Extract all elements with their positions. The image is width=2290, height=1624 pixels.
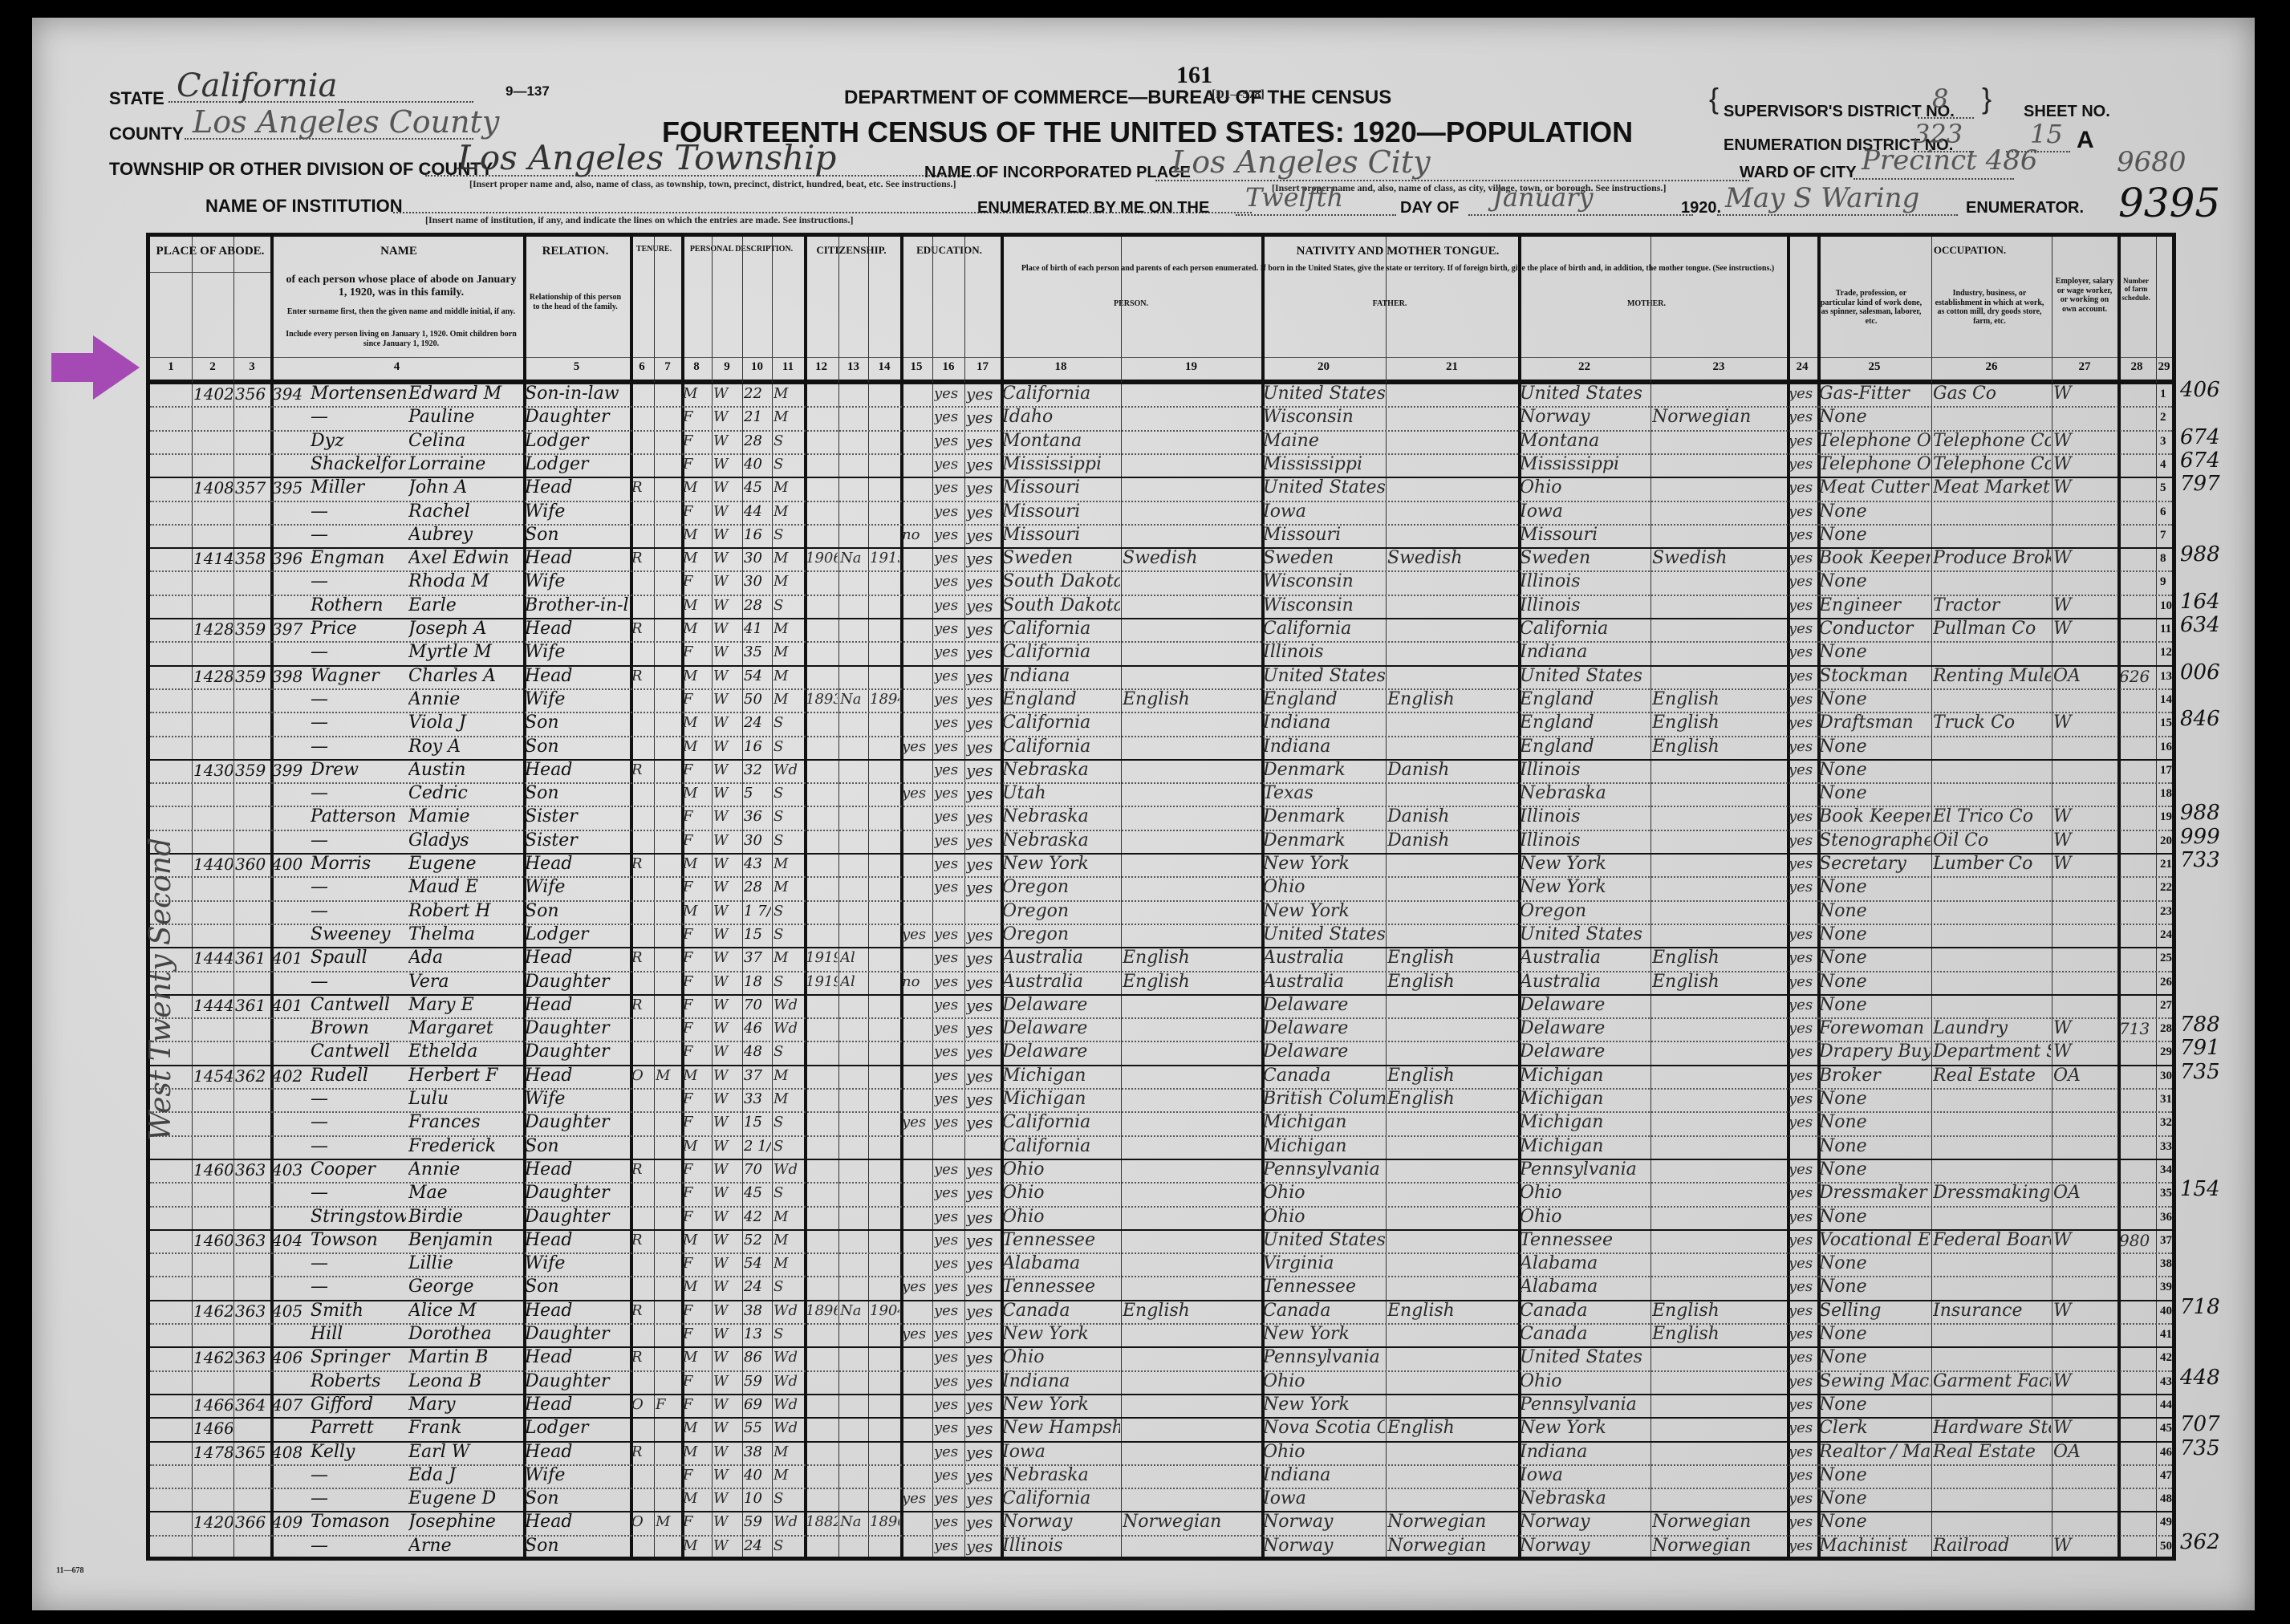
cell-house: 1460 <box>193 1158 233 1182</box>
cell-read: yes <box>934 1440 964 1464</box>
cell-house: 1454 <box>193 1064 233 1088</box>
cell-industry: Lumber Co <box>1933 852 2051 876</box>
line-number: 3 <box>2160 435 2166 449</box>
cell-house: 1444 <box>193 946 233 970</box>
cell-surname: Engman <box>311 546 406 570</box>
cell-family: 399 <box>272 758 308 782</box>
cell-tongue: English <box>1123 1299 1261 1323</box>
cell-english: yes <box>1789 1464 1817 1488</box>
cell-relation: Son <box>525 735 629 759</box>
cell-ftongue: Danish <box>1387 805 1517 829</box>
footer-code: 11—678 <box>56 1566 83 1575</box>
occupation-code: 164 <box>2180 590 2220 614</box>
cell-marital: S <box>773 453 803 477</box>
cell-trade: None <box>1819 1275 1931 1299</box>
cell-age: 24 <box>744 1534 771 1558</box>
cell-write: yes <box>966 970 1000 994</box>
cell-age: 10 <box>744 1487 771 1511</box>
cell-fpob: Canada <box>1263 1299 1385 1323</box>
cell-sex: F <box>683 923 711 947</box>
cell-race: W <box>713 570 741 594</box>
cell-tenure: R <box>631 852 653 876</box>
group-mother: MOTHER. <box>1518 299 1775 309</box>
county-value: Los Angeles County <box>193 104 499 140</box>
column-number: 16 <box>932 360 964 374</box>
cell-read: yes <box>934 617 964 641</box>
cell-surname: — <box>311 1087 406 1111</box>
cell-pob: California <box>1002 617 1120 641</box>
c5-sub2: Include every person living on January 1… <box>285 330 518 348</box>
cell-write: yes <box>966 500 1000 524</box>
cell-sex: M <box>683 382 711 406</box>
cell-fpob: New York <box>1263 899 1385 924</box>
column-number: 29 <box>2156 360 2172 374</box>
cell-write: yes <box>966 1110 1000 1135</box>
institution-label: NAME OF INSTITUTION <box>205 196 403 217</box>
cell-sex: F <box>683 1322 711 1346</box>
cell-dwelling: 361 <box>235 946 270 970</box>
cell-ftongue: English <box>1387 1416 1517 1440</box>
cell-sex: F <box>683 1110 711 1135</box>
cell-surname: — <box>311 1487 406 1511</box>
cell-age: 70 <box>744 1158 771 1182</box>
cell-sex: M <box>683 664 711 688</box>
cell-write: yes <box>966 1275 1000 1299</box>
cell-read: yes <box>934 1064 964 1088</box>
cell-trade: Meat Cutter <box>1819 476 1931 500</box>
enumerator-label: ENUMERATOR. <box>1966 199 2084 217</box>
cell-sex: M <box>683 711 711 735</box>
cell-race: W <box>713 1393 741 1417</box>
cell-fpob: Tennessee <box>1263 1275 1385 1299</box>
column-number: 4 <box>270 360 523 374</box>
cell-mpob: Tennessee <box>1520 1228 1650 1253</box>
cell-fpob: Virginia <box>1263 1252 1385 1276</box>
cell-given: Thelma <box>408 923 522 947</box>
cell-trade: Selling <box>1819 1299 1931 1323</box>
cell-trade: None <box>1819 1487 1931 1511</box>
cell-family: 402 <box>272 1064 308 1088</box>
cell-sex: M <box>683 1416 711 1440</box>
cell-house: 1444½ <box>193 993 233 1017</box>
cell-trade: None <box>1819 1252 1931 1276</box>
cell-english: yes <box>1789 570 1817 594</box>
cell-english: yes <box>1789 617 1817 641</box>
cell-school: yes <box>902 1275 932 1299</box>
cell-marital: S <box>773 1534 803 1558</box>
cell-mpob: Indiana <box>1520 640 1650 664</box>
cell-tongue: English <box>1123 946 1261 970</box>
census-table: PLACE OF ABODE. NAME of each person whos… <box>146 233 2176 1561</box>
line-number: 2 <box>2160 411 2166 424</box>
enumerated-month: January <box>1492 182 1594 213</box>
line-number: 44 <box>2160 1399 2172 1412</box>
cell-trade: None <box>1819 688 1931 712</box>
column-number: 8 <box>681 360 712 374</box>
cell-pob: Tennessee <box>1002 1275 1120 1299</box>
cell-tenure: R <box>631 1346 653 1370</box>
cell-class: W <box>2053 852 2117 876</box>
cell-mpob: Missouri <box>1520 523 1650 547</box>
cell-age: 43 <box>744 852 771 876</box>
cell-fpob: Michigan <box>1263 1110 1385 1135</box>
cell-age: 55 <box>744 1416 771 1440</box>
cell-house: 1440 <box>193 852 233 876</box>
cell-mtongue: Norwegian <box>1652 1534 1786 1558</box>
cell-english: yes <box>1789 1346 1817 1370</box>
census-page: STATE California COUNTY Los Angeles Coun… <box>32 18 2255 1610</box>
group-relation: RELATION. <box>523 245 627 258</box>
line-number: 31 <box>2160 1093 2172 1106</box>
cell-read: yes <box>934 429 964 453</box>
cell-write: yes <box>966 570 1000 594</box>
cell-sex: F <box>683 453 711 477</box>
cell-surname: Cantwell <box>311 993 406 1017</box>
column-divider <box>2052 237 2052 1557</box>
cell-pob: California <box>1002 735 1120 759</box>
cell-pob: Missouri <box>1002 476 1120 500</box>
cell-read: yes <box>934 500 964 524</box>
cell-race: W <box>713 1135 741 1159</box>
cell-given: Charles A <box>408 664 522 688</box>
line-number: 7 <box>2160 529 2166 542</box>
cell-given: Mamie <box>408 805 522 829</box>
cell-given: Mary <box>408 1393 522 1417</box>
cell-immig: 1919 <box>806 946 838 970</box>
cell-sex: F <box>683 1040 711 1064</box>
cell-race: W <box>713 594 741 618</box>
cell-mtongue: English <box>1652 1322 1786 1346</box>
cell-english: yes <box>1789 523 1817 547</box>
cell-surname: Wagner <box>311 664 406 688</box>
cell-fpob: Iowa <box>1263 1487 1385 1511</box>
line-number: 17 <box>2160 764 2172 777</box>
cell-relation: Son <box>525 711 629 735</box>
cell-tongue: Norwegian <box>1123 1510 1261 1534</box>
cell-given: Benjamin <box>408 1228 522 1253</box>
cell-race: W <box>713 1534 741 1558</box>
cell-write: yes <box>966 546 1000 570</box>
cell-race: W <box>713 429 741 453</box>
cell-fpob: England <box>1263 688 1385 712</box>
cell-read: yes <box>934 1299 964 1323</box>
cell-english: yes <box>1789 1299 1817 1323</box>
cell-given: Martin B <box>408 1346 522 1370</box>
column-number: 21 <box>1386 360 1518 374</box>
cell-age: 15 <box>744 923 771 947</box>
cell-marital: S <box>773 1275 803 1299</box>
cell-fpob: Missouri <box>1263 523 1385 547</box>
cell-mpob: Sweden <box>1520 546 1650 570</box>
cell-given: Aubrey <box>408 523 522 547</box>
cell-relation: Daughter <box>525 1322 629 1346</box>
occupation-code: 788 <box>2180 1013 2220 1037</box>
cell-race: W <box>713 640 741 664</box>
cell-write: yes <box>966 875 1000 899</box>
cell-sex: F <box>683 1510 711 1534</box>
cell-ftongue: English <box>1387 970 1517 994</box>
cell-sex: F <box>683 946 711 970</box>
cell-english: yes <box>1789 1416 1817 1440</box>
cell-surname: Cantwell <box>311 1040 406 1064</box>
cell-pob: Utah <box>1002 782 1120 806</box>
line-number: 21 <box>2160 858 2172 871</box>
cell-family: 400 <box>272 852 308 876</box>
cell-sex: F <box>683 1252 711 1276</box>
cell-race: W <box>713 1487 741 1511</box>
cell-mpob: Nebraska <box>1520 1487 1650 1511</box>
cell-race: W <box>713 1205 741 1229</box>
cell-sex: F <box>683 829 711 853</box>
cell-trade: None <box>1819 993 1931 1017</box>
cell-fpob: Pennsylvania <box>1263 1346 1385 1370</box>
cell-race: W <box>713 617 741 641</box>
cell-race: W <box>713 688 741 712</box>
line-number: 48 <box>2160 1492 2172 1506</box>
cell-pob: Sweden <box>1002 546 1120 570</box>
cell-given: Frances <box>408 1110 522 1135</box>
cell-read: yes <box>934 382 964 406</box>
cell-read: yes <box>934 1110 964 1135</box>
cell-sex: F <box>683 688 711 712</box>
cell-pob: Ohio <box>1002 1181 1120 1205</box>
cell-relation: Daughter <box>525 1181 629 1205</box>
cell-house: 1478 <box>193 1440 233 1464</box>
cell-write: yes <box>966 1087 1000 1111</box>
cell-family: 405 <box>272 1299 308 1323</box>
cell-race: W <box>713 1087 741 1111</box>
cell-mpob: Australia <box>1520 970 1650 994</box>
column-divider <box>1651 237 1651 1557</box>
cell-write: yes <box>966 1510 1000 1534</box>
cell-race: W <box>713 758 741 782</box>
cell-nat: Na <box>840 546 867 570</box>
cell-marital: M <box>773 1087 803 1111</box>
cell-race: W <box>713 1110 741 1135</box>
cell-industry: Federal Board <box>1933 1228 2051 1253</box>
group-nativity: NATIVITY AND MOTHER TONGUE. <box>1001 245 1795 258</box>
cell-read: yes <box>934 688 964 712</box>
cell-marital: M <box>773 382 803 406</box>
cell-marital: Wd <box>773 993 803 1017</box>
cell-age: 30 <box>744 546 771 570</box>
cell-surname: — <box>311 829 406 853</box>
cell-surname: — <box>311 970 406 994</box>
cell-age: 1 7/12 <box>744 899 771 924</box>
nativity-note: Place of birth of each person and parent… <box>1017 264 1779 274</box>
cell-surname: Miller <box>311 476 406 500</box>
cell-fpob: Norway <box>1263 1510 1385 1534</box>
cell-english: yes <box>1789 382 1817 406</box>
cell-nat: Na <box>840 1510 867 1534</box>
cell-surname: — <box>311 1135 406 1159</box>
cell-farm: 713 <box>2119 1017 2155 1041</box>
cell-surname: Springer <box>311 1346 406 1370</box>
cell-class: OA <box>2053 664 2117 688</box>
cell-mpob: Iowa <box>1520 1464 1650 1488</box>
cell-relation: Head <box>525 946 629 970</box>
line-number: 9 <box>2160 575 2166 589</box>
cell-house: 1420 <box>193 1510 233 1534</box>
cell-age: 32 <box>744 758 771 782</box>
cell-class: W <box>2053 382 2117 406</box>
cell-industry: Renting Mules <box>1933 664 2051 688</box>
cell-family: 409 <box>272 1510 308 1534</box>
cell-marital: S <box>773 523 803 547</box>
cell-marital: M <box>773 546 803 570</box>
cell-write: yes <box>966 594 1000 618</box>
cell-marital: Wd <box>773 1299 803 1323</box>
cell-fpob: Indiana <box>1263 1464 1385 1488</box>
cell-relation: Lodger <box>525 923 629 947</box>
cell-relation: Head <box>525 1393 629 1417</box>
cell-class: W <box>2053 1534 2117 1558</box>
cell-read: yes <box>934 546 964 570</box>
cell-sex: F <box>683 500 711 524</box>
line-number: 10 <box>2160 599 2172 613</box>
occupation-code: 006 <box>2180 660 2220 684</box>
cell-read: yes <box>934 1158 964 1182</box>
line-number: 8 <box>2160 552 2166 566</box>
cell-race: W <box>713 1464 741 1488</box>
cell-house: 1460½ <box>193 1228 233 1253</box>
cell-industry: Railroad <box>1933 1534 2051 1558</box>
cell-industry: Insurance <box>1933 1299 2051 1323</box>
cell-english: yes <box>1789 711 1817 735</box>
column-divider <box>900 237 903 1557</box>
cell-read: yes <box>934 1205 964 1229</box>
cell-read: yes <box>934 1510 964 1534</box>
cell-family: 395 <box>272 476 308 500</box>
cell-given: Eda J <box>408 1464 522 1488</box>
cell-relation: Head <box>525 1510 629 1534</box>
cell-write: yes <box>966 1040 1000 1064</box>
cell-ftongue: Norwegian <box>1387 1510 1517 1534</box>
cell-fpob: Indiana <box>1263 735 1385 759</box>
cell-marital: S <box>773 429 803 453</box>
cell-tenure: R <box>631 1299 653 1323</box>
cell-surname: — <box>311 1181 406 1205</box>
cell-read: yes <box>934 782 964 806</box>
cell-marital: S <box>773 1040 803 1064</box>
enumerator-name: May S Waring <box>1725 182 1919 214</box>
cell-sex: M <box>683 1534 711 1558</box>
cell-race: W <box>713 1181 741 1205</box>
cell-industry: Dressmaking <box>1933 1181 2051 1205</box>
cell-race: W <box>713 782 741 806</box>
cell-sex: F <box>683 1370 711 1394</box>
cell-marital: M <box>773 500 803 524</box>
cell-trade: None <box>1819 1464 1931 1488</box>
cell-sex: F <box>683 970 711 994</box>
cell-mpob: Ohio <box>1520 1205 1650 1229</box>
cell-trade: None <box>1819 923 1931 947</box>
cell-write: yes <box>966 923 1000 947</box>
line-number: 46 <box>2160 1446 2172 1460</box>
cell-sex: F <box>683 1299 711 1323</box>
cell-age: 24 <box>744 711 771 735</box>
cell-race: W <box>713 923 741 947</box>
cell-pob: New York <box>1002 1393 1120 1417</box>
cell-mpob: Indiana <box>1520 1440 1650 1464</box>
cell-read: yes <box>934 970 964 994</box>
cell-age: 70 <box>744 993 771 1017</box>
cell-industry: Telephone Co <box>1933 429 2051 453</box>
cell-write: yes <box>966 1017 1000 1041</box>
cell-read: yes <box>934 570 964 594</box>
cell-surname: — <box>311 1534 406 1558</box>
cell-given: Cedric <box>408 782 522 806</box>
cell-given: Eugene <box>408 852 522 876</box>
cell-mpob: Michigan <box>1520 1087 1650 1111</box>
cell-write: yes <box>966 1181 1000 1205</box>
line-number: 49 <box>2160 1516 2172 1529</box>
cell-read: yes <box>934 664 964 688</box>
cell-tenure: O <box>631 1064 653 1088</box>
cell-write: yes <box>966 1534 1000 1558</box>
cell-read: yes <box>934 1252 964 1276</box>
cell-race: W <box>713 382 741 406</box>
cell-dwelling: 364 <box>235 1393 270 1417</box>
cell-fpob: Illinois <box>1263 640 1385 664</box>
cell-pob: Canada <box>1002 1299 1120 1323</box>
cell-sex: M <box>683 594 711 618</box>
cell-english: yes <box>1789 735 1817 759</box>
cell-age: 45 <box>744 476 771 500</box>
cell-ftongue: Norwegian <box>1387 1534 1517 1558</box>
line-number: 27 <box>2160 999 2172 1013</box>
cell-marital: M <box>773 617 803 641</box>
cell-surname: Brown <box>311 1017 406 1041</box>
line-number: 5 <box>2160 481 2166 495</box>
cell-marital: S <box>773 829 803 853</box>
occupation-code: 735 <box>2180 1436 2220 1460</box>
cell-given: Lillie <box>408 1252 522 1276</box>
cell-mpob: Delaware <box>1520 1017 1650 1041</box>
cell-sex: F <box>683 1017 711 1041</box>
cell-mpob: Canada <box>1520 1322 1650 1346</box>
cell-fpob: Iowa <box>1263 500 1385 524</box>
cell-relation: Head <box>525 852 629 876</box>
cell-fpob: Ohio <box>1263 1205 1385 1229</box>
cell-house: 1462 <box>193 1346 233 1370</box>
cell-given: Alice M <box>408 1299 522 1323</box>
cell-write: yes <box>966 1487 1000 1511</box>
cell-pob: Mississippi <box>1002 453 1120 477</box>
cell-read: yes <box>934 523 964 547</box>
occupation-code: 988 <box>2180 801 2220 825</box>
cell-farm: 626 <box>2119 664 2155 688</box>
cell-given: Viola J <box>408 711 522 735</box>
cell-race: W <box>713 829 741 853</box>
cell-race: W <box>713 993 741 1017</box>
cell-english: yes <box>1789 1040 1817 1064</box>
sheet-side: A <box>2077 127 2094 154</box>
cell-marital: S <box>773 1135 803 1159</box>
cell-mpob: Australia <box>1520 946 1650 970</box>
cell-english: yes <box>1789 476 1817 500</box>
cell-given: George <box>408 1275 522 1299</box>
column-number: 3 <box>233 360 270 374</box>
line-number: 13 <box>2160 670 2172 684</box>
cell-race: W <box>713 735 741 759</box>
cell-immig: 1906 <box>806 546 838 570</box>
cell-trade: None <box>1819 899 1931 924</box>
cell-write: yes <box>966 1322 1000 1346</box>
year: 1920. <box>1681 199 1721 217</box>
cell-relation: Son <box>525 523 629 547</box>
cell-age: 46 <box>744 1017 771 1041</box>
